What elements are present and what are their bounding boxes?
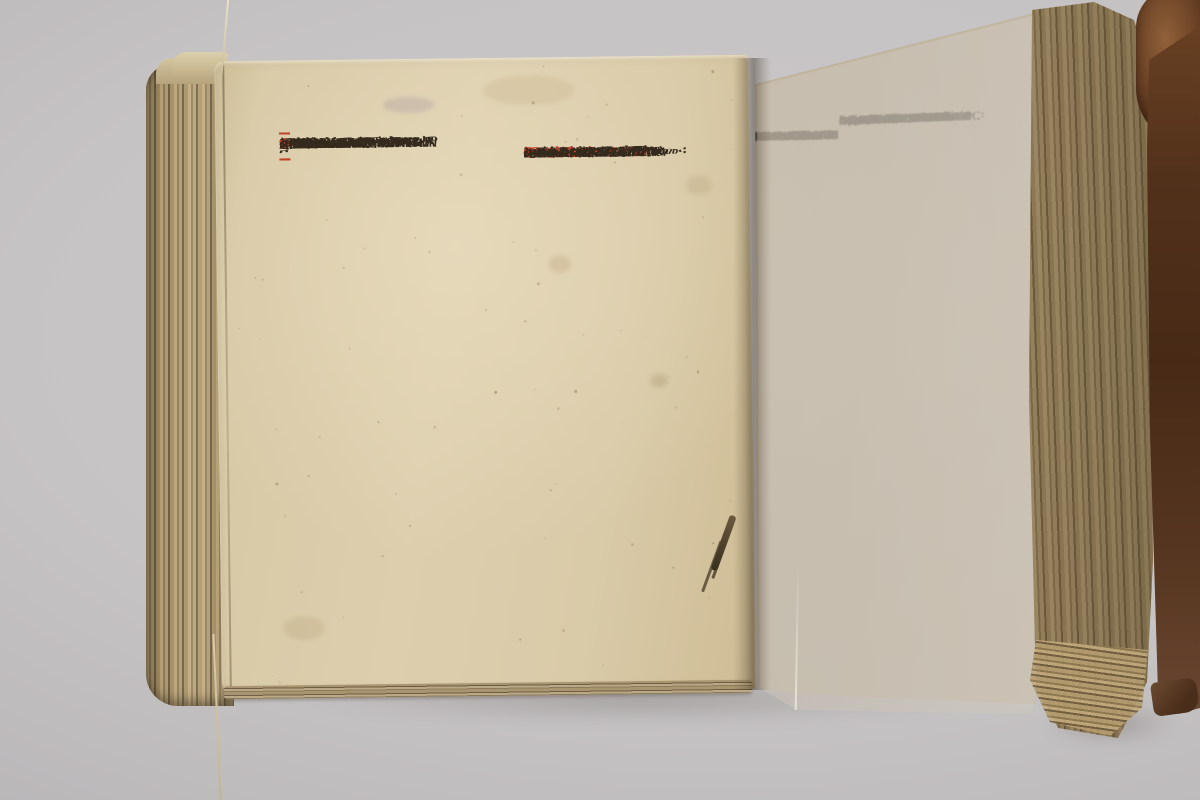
parchment-speckle (534, 388, 536, 390)
parchment-speckle (730, 500, 732, 502)
parchment-speckle (438, 419, 439, 420)
parchment-speckle (605, 104, 607, 106)
parchment-speckle (293, 264, 294, 265)
parchment-speckle (537, 283, 539, 285)
parchment-speckle (326, 219, 328, 221)
parchment-speckle (583, 334, 585, 336)
parchment-speckle (238, 328, 239, 329)
parchment-stain (650, 374, 668, 388)
parchment-speckle (645, 337, 646, 338)
parchment-speckle (702, 216, 704, 218)
parchment-speckle (485, 308, 487, 310)
parchment-stain (686, 175, 712, 195)
parchment-speckle (307, 475, 309, 477)
photo-backdrop: ወበከመ፡ ይኈኑ፡ ሎሙ፡ እምርዬተ፡ እሳት፡ ወተዪ፡በእዪ፡ መላእክ… (0, 0, 1200, 800)
parchment-speckle (428, 251, 430, 253)
parchment-speckle (414, 236, 416, 238)
parchment-stains (214, 55, 756, 695)
parchment-stain (283, 616, 325, 641)
parchment-speckle (557, 408, 560, 411)
parchment-stain (383, 97, 435, 114)
parchment-stain (482, 75, 574, 106)
parchment-speckle (262, 279, 263, 280)
parchment-stain (549, 255, 571, 273)
parchment-speckle (712, 542, 714, 544)
parchment-speckle (555, 483, 556, 484)
parchment-speckle (668, 376, 669, 377)
parchment-speckle (409, 525, 412, 528)
parchment-speckle (535, 249, 537, 251)
parchment-speckle (602, 664, 603, 665)
right-fore-edge-bottom-bulge (1030, 640, 1155, 740)
parchment-speckle (461, 115, 463, 117)
parchment-speckle (622, 420, 623, 421)
parchment-speckle (285, 203, 286, 204)
parchment-speckle (377, 422, 379, 424)
parchment-speckle (621, 330, 623, 332)
parchment-speckle (587, 116, 589, 118)
gutter-shadow (733, 58, 771, 690)
parchment-speckle (708, 596, 710, 598)
parchment-speckle (276, 428, 278, 430)
parchment-speckle (308, 85, 310, 87)
leather-cover-bottom-corner (1150, 677, 1200, 717)
parchment-speckle (279, 682, 280, 683)
parchment-speckle (275, 483, 278, 486)
parchment-speckle (343, 617, 344, 618)
parchment-speckle (686, 356, 688, 358)
parchment-speckle (283, 515, 285, 517)
parchment-speckle (519, 639, 521, 641)
parchment-speckle (676, 407, 677, 408)
left-page: ወበከመ፡ ይኈኑ፡ ሎሙ፡ እምርዬተ፡ እሳት፡ ወተዪ፡በእዪ፡ መላእክ… (214, 55, 756, 695)
parchment-speckle (433, 426, 436, 429)
parchment-speckle (672, 567, 675, 570)
parchment-speckle (513, 241, 514, 242)
parchment-speckle (319, 436, 321, 438)
parchment-speckle (563, 629, 566, 632)
parchment-speckle (395, 493, 396, 494)
parchment-speckle (255, 277, 256, 278)
parchment-speckle (460, 173, 463, 176)
parchment-speckle (574, 390, 577, 393)
parchment-speckle (564, 141, 567, 144)
parchment-speckle (730, 149, 731, 150)
parchment-speckle (382, 555, 384, 557)
parchment-speckle (550, 489, 553, 492)
parchment-speckle (272, 675, 274, 677)
parchment-speckle (544, 537, 546, 539)
parchment-speckle (576, 138, 578, 140)
parchment-speckle (543, 65, 545, 67)
parchment-speckle (712, 71, 715, 74)
parchment-speckle (631, 543, 634, 546)
parchment-speckle (532, 102, 535, 105)
parchment-speckle (613, 161, 616, 164)
manuscript-book: ወበከመ፡ ይኈኑ፡ ሎሙ፡ እምርዬተ፡ እሳት፡ ወተዪ፡በእዪ፡ መላእክ… (0, 0, 1200, 800)
parchment-speckle (524, 321, 526, 323)
parchment-speckle (343, 267, 345, 269)
parchment-speckle (259, 338, 260, 339)
parchment-speckle (301, 591, 303, 593)
parchment-speckle (495, 391, 497, 393)
parchment-speckle (348, 348, 350, 350)
parchment-speckle (363, 247, 366, 250)
parchment-speckle (265, 69, 266, 70)
parchment-speckle (697, 370, 700, 373)
